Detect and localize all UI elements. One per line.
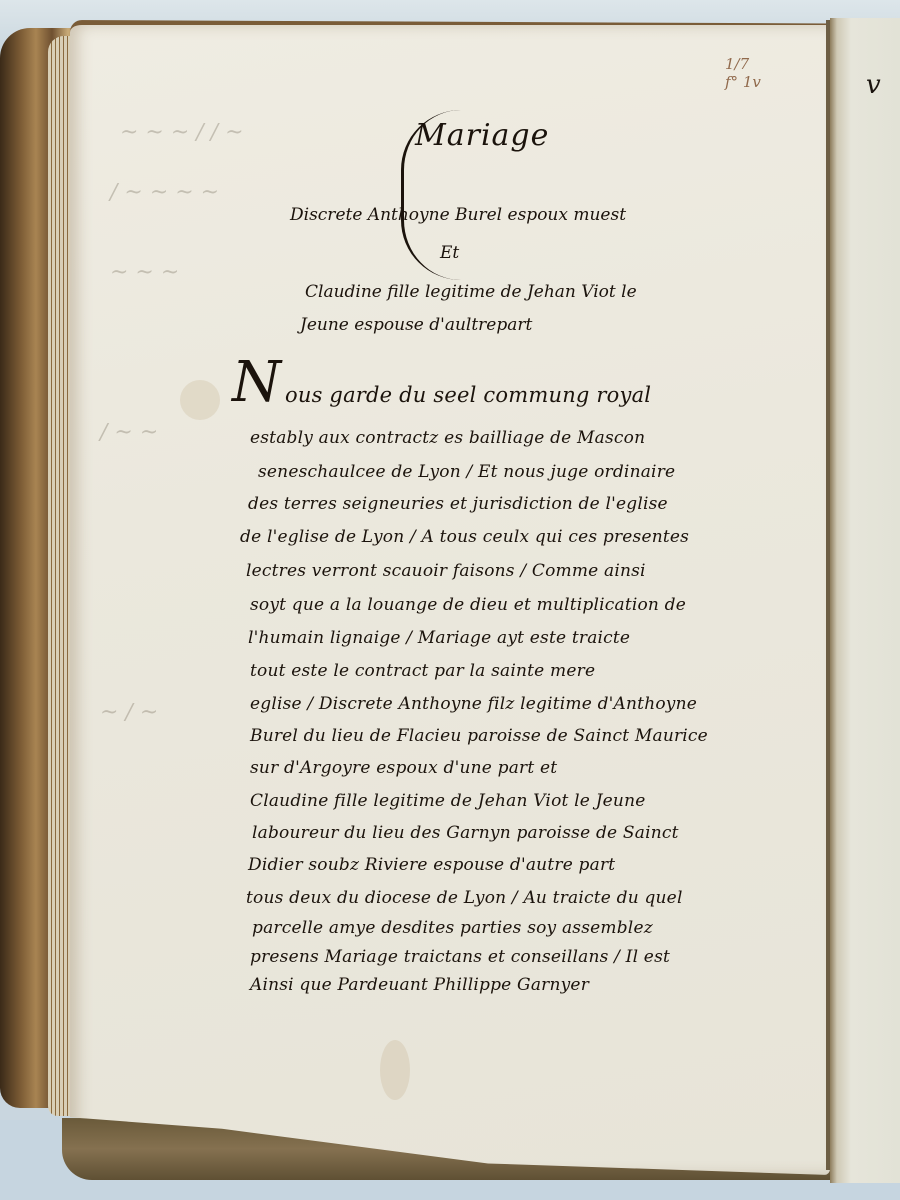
body-line: lectres verront scauoir faisons / Comme … [246, 561, 646, 581]
body-line: parcelle amye desdites parties soy assem… [252, 918, 653, 938]
bleed-through-text: ~ ~ ~ ∕ ∕ ~ [120, 120, 244, 145]
body-line: Didier soubz Riviere espouse d'autre par… [248, 855, 615, 875]
body-line: seneschaulcee de Lyon / Et nous juge ord… [258, 462, 675, 482]
gutter [826, 20, 830, 1170]
body-line: estably aux contractz es bailliage de Ma… [250, 428, 645, 448]
bleed-through-text: ~ ∕ ~ [100, 700, 158, 725]
body-line: l'humain lignaige / Mariage ayt este tra… [248, 628, 630, 648]
body-line: Claudine fille legitime de Jehan Viot le… [250, 791, 645, 811]
heading-line: Discrete Anthoyne Burel espoux muest [290, 205, 626, 225]
body-line: tout este le contract par la sainte mere [250, 661, 595, 681]
body-line: tous deux du diocese de Lyon / Au traict… [246, 888, 683, 908]
body-line: ous garde du seel commung royal [285, 383, 651, 407]
corner-annotation: 1/7 f° 1v [725, 55, 761, 91]
body-line: soyt que a la louange de dieu et multipl… [250, 595, 686, 615]
bleed-through-text: ∕ ~ ~ ~ ~ [110, 180, 219, 205]
corner-annotation-line: f° 1v [725, 73, 761, 91]
paper-stain [380, 1040, 410, 1100]
heading-line: Claudine fille legitime de Jehan Viot le [305, 282, 637, 302]
body-line: laboureur du lieu des Garnyn paroisse de… [252, 823, 679, 843]
bleed-through-text: ~ ~ ~ [110, 260, 179, 285]
body-line: Burel du lieu de Flacieu paroisse de Sai… [250, 726, 708, 746]
body-line: de l'eglise de Lyon / A tous ceulx qui c… [240, 527, 689, 547]
body-line: Ainsi que Pardeuant Phillippe Garnyer [250, 975, 589, 995]
drop-cap: N [232, 350, 281, 415]
body-line: eglise / Discrete Anthoyne filz legitime… [250, 694, 697, 714]
facing-page [830, 18, 900, 1183]
heading-line: Et [440, 243, 459, 263]
body-line: des terres seigneuries et jurisdiction d… [248, 494, 668, 514]
body-line: sur d'Argoyre espoux d'une part et [250, 758, 557, 778]
body-line: presens Mariage traictans et conseillans… [250, 947, 670, 967]
facing-page-mark: v [866, 70, 881, 100]
corner-annotation-line: 1/7 [725, 55, 761, 73]
bleed-through-text: ∕ ~ ~ [100, 420, 158, 445]
entry-title: Mariage [415, 118, 549, 153]
heading-line: Jeune espouse d'aultrepart [300, 315, 532, 335]
paper-stain [180, 380, 220, 420]
